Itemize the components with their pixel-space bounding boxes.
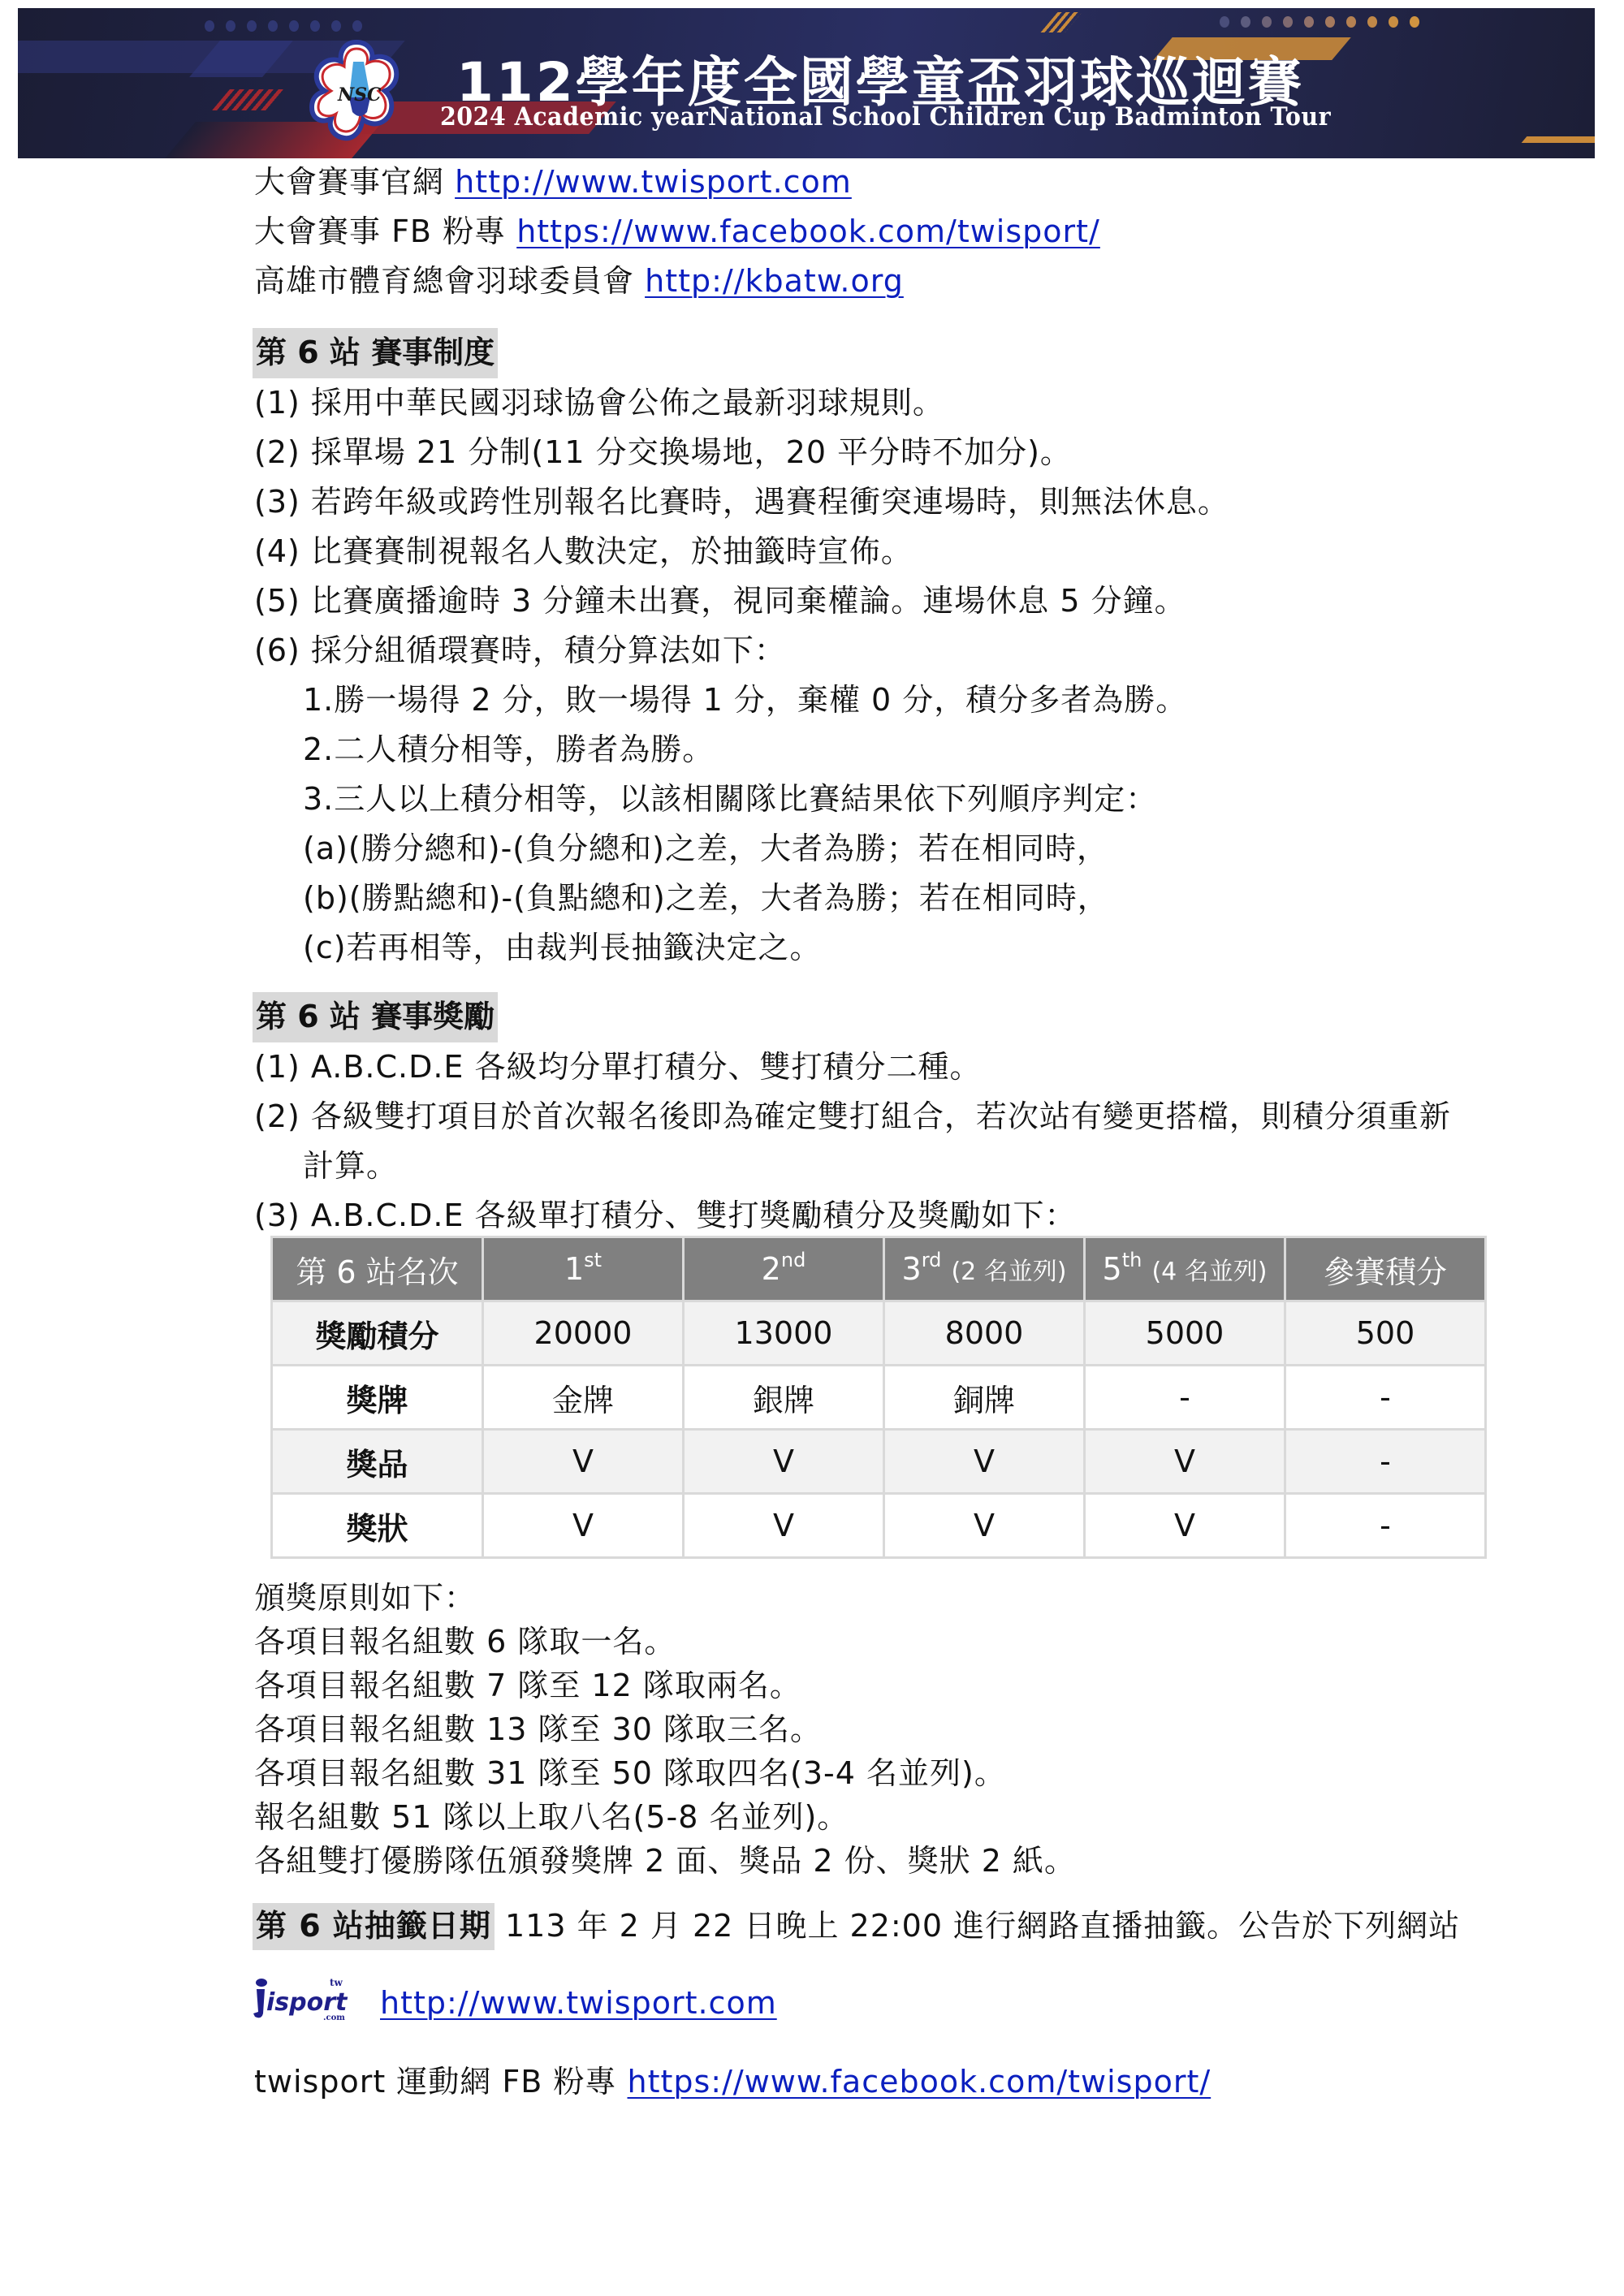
kbatw-link[interactable]: http://kbatw.org <box>645 263 904 299</box>
row-label: 獎勵積分 <box>272 1301 483 1366</box>
table-header-cell: 3rd (2 名並列) <box>884 1237 1085 1301</box>
award-item: (2) 各級雙打項目於首次報名後即為確定雙打組合，若次站有變更搭檔，則積分須重新 <box>254 1097 1451 1136</box>
table-row: 獎勵積分 20000 13000 8000 5000 500 <box>272 1301 1486 1366</box>
twisport-fb-link[interactable]: https://www.facebook.com/twisport/ <box>628 2064 1212 2100</box>
table-cell: 13000 <box>684 1301 884 1366</box>
table-cell: 銅牌 <box>884 1366 1085 1430</box>
table-header-cell: 2nd <box>684 1237 884 1301</box>
table-header-cell: 參賽積分 <box>1285 1237 1486 1301</box>
svg-text:NSC: NSC <box>337 84 382 106</box>
principle-item: 各項目報名組數 6 隊取一名。 <box>254 1622 676 1661</box>
principle-item: 報名組數 51 隊以上取八名(5-8 名並列)。 <box>254 1798 849 1836</box>
nsc-logo-icon: NSC <box>309 39 404 145</box>
link-label: 高雄市體育總會羽球委員會 <box>254 263 634 299</box>
rule-item: (2) 採單場 21 分制(11 分交換場地，20 平分時不加分)。 <box>254 433 1072 472</box>
table-cell: 銀牌 <box>684 1366 884 1430</box>
table-cell: - <box>1285 1494 1486 1558</box>
link-label: 大會賽事 FB 粉專 <box>254 214 506 249</box>
rule-subitem: (c)若再相等，由裁判長抽籤決定之。 <box>303 928 822 967</box>
award-item-continued: 計算。 <box>303 1146 398 1185</box>
link-label: 大會賽事官網 <box>254 164 444 200</box>
table-cell: V <box>483 1430 684 1494</box>
rule-subitem: 3.三人以上積分相等，以該相關隊比賽結果依下列順序判定： <box>303 779 1157 818</box>
awards-heading: 第 6 站 賽事獎勵 <box>253 992 498 1042</box>
principle-item: 各項目報名組數 31 隊至 50 隊取四名(3-4 名並列)。 <box>254 1754 1006 1793</box>
table-cell: V <box>884 1494 1085 1558</box>
link-row-kbatw: 高雄市體育總會羽球委員會 http://kbatw.org <box>254 261 904 300</box>
link-row-fb: 大會賽事 FB 粉專 https://www.facebook.com/twis… <box>254 212 1100 251</box>
principle-item: 各項目報名組數 7 隊至 12 隊取兩名。 <box>254 1666 801 1705</box>
table-cell: 8000 <box>884 1301 1085 1366</box>
row-label: 獎牌 <box>272 1366 483 1430</box>
draw-heading: 第 6 站抽籤日期 <box>253 1903 495 1950</box>
table-header-row: 第 6 站名次 1st 2nd 3rd (2 名並列) 5th (4 名並列) … <box>272 1237 1486 1301</box>
table-cell: V <box>1085 1494 1285 1558</box>
table-row: 獎狀 V V V V - <box>272 1494 1486 1558</box>
table-cell: 5000 <box>1085 1301 1285 1366</box>
table-cell: V <box>884 1430 1085 1494</box>
rule-subitem: 2.二人積分相等，勝者為勝。 <box>303 730 714 769</box>
principles-title: 頒獎原則如下： <box>254 1578 476 1617</box>
table-header-cell: 5th (4 名並列) <box>1085 1237 1285 1301</box>
table-cell: - <box>1085 1366 1285 1430</box>
table-cell: V <box>684 1494 884 1558</box>
draw-text: 113 年 2 月 22 日晚上 22:00 進行網路直播抽籤。公告於下列網站 <box>495 1908 1460 1944</box>
table-cell: - <box>1285 1430 1486 1494</box>
row-label: 獎狀 <box>272 1494 483 1558</box>
svg-text:tw: tw <box>330 1977 343 1988</box>
award-item: (3) A.B.C.D.E 各級單打積分、雙打獎勵積分及獎勵如下： <box>254 1196 1077 1235</box>
svg-text:isport: isport <box>266 1988 348 2017</box>
draw-row: 第 6 站抽籤日期 113 年 2 月 22 日晚上 22:00 進行網路直播抽… <box>253 1906 1460 1945</box>
link-row-official: 大會賽事官網 http://www.twisport.com <box>254 162 852 201</box>
table-cell: 金牌 <box>483 1366 684 1430</box>
rule-item: (6) 採分組循環賽時，積分算法如下： <box>254 631 786 670</box>
table-header-cell: 第 6 站名次 <box>272 1237 483 1301</box>
official-site-link[interactable]: http://www.twisport.com <box>455 164 852 200</box>
principle-item: 各組雙打優勝隊伍頒發獎牌 2 面、獎品 2 份、獎狀 2 紙。 <box>254 1841 1076 1880</box>
award-points-table: 第 6 站名次 1st 2nd 3rd (2 名並列) 5th (4 名並列) … <box>270 1236 1487 1559</box>
draw-site-row: http://www.twisport.com <box>380 1983 777 2022</box>
rule-subitem: (b)(勝點總和)-(負點總和)之差，大者為勝；若在相同時， <box>303 878 1109 917</box>
isport-logo-icon: isport tw .com <box>252 1974 365 2023</box>
rule-item: (5) 比賽廣播逾時 3 分鐘未出賽，視同棄權論。連場休息 5 分鐘。 <box>254 581 1186 620</box>
table-cell: V <box>1085 1430 1285 1494</box>
table-cell: - <box>1285 1366 1486 1430</box>
rule-subitem: 1.勝一場得 2 分，敗一場得 1 分，棄權 0 分，積分多者為勝。 <box>303 680 1187 719</box>
table-cell: 20000 <box>483 1301 684 1366</box>
rule-item: (1) 採用中華民國羽球協會公佈之最新羽球規則。 <box>254 383 944 422</box>
table-cell: V <box>684 1430 884 1494</box>
table-row: 獎牌 金牌 銀牌 銅牌 - - <box>272 1366 1486 1430</box>
fb-label: twisport 運動網 FB 粉專 <box>254 2064 616 2100</box>
draw-fb-row: twisport 運動網 FB 粉專 https://www.facebook.… <box>254 2062 1211 2101</box>
rule-item: (4) 比賽賽制視報名人數決定，於抽籤時宣佈。 <box>254 532 913 571</box>
table-row: 獎品 V V V V - <box>272 1430 1486 1494</box>
rule-item: (3) 若跨年級或跨性別報名比賽時，遇賽程衝突連場時，則無法休息。 <box>254 482 1229 521</box>
event-banner: NSC 112學年度全國學童盃羽球巡迴賽 2024 Academic yearN… <box>18 8 1595 158</box>
svg-text:.com: .com <box>323 2013 345 2022</box>
award-item: (1) A.B.C.D.E 各級均分單打積分、雙打積分二種。 <box>254 1047 982 1086</box>
table-cell: V <box>483 1494 684 1558</box>
table-header-cell: 1st <box>483 1237 684 1301</box>
table-cell: 500 <box>1285 1301 1486 1366</box>
row-label: 獎品 <box>272 1430 483 1494</box>
banner-subtitle: 2024 Academic yearNational School Childr… <box>440 102 1331 132</box>
rule-subitem: (a)(勝分總和)-(負分總和)之差，大者為勝；若在相同時， <box>303 829 1108 868</box>
twisport-site-link[interactable]: http://www.twisport.com <box>380 1985 777 2021</box>
rules-heading: 第 6 站 賽事制度 <box>253 328 498 378</box>
facebook-page-link[interactable]: https://www.facebook.com/twisport/ <box>516 214 1100 249</box>
principle-item: 各項目報名組數 13 隊至 30 隊取三名。 <box>254 1710 822 1749</box>
